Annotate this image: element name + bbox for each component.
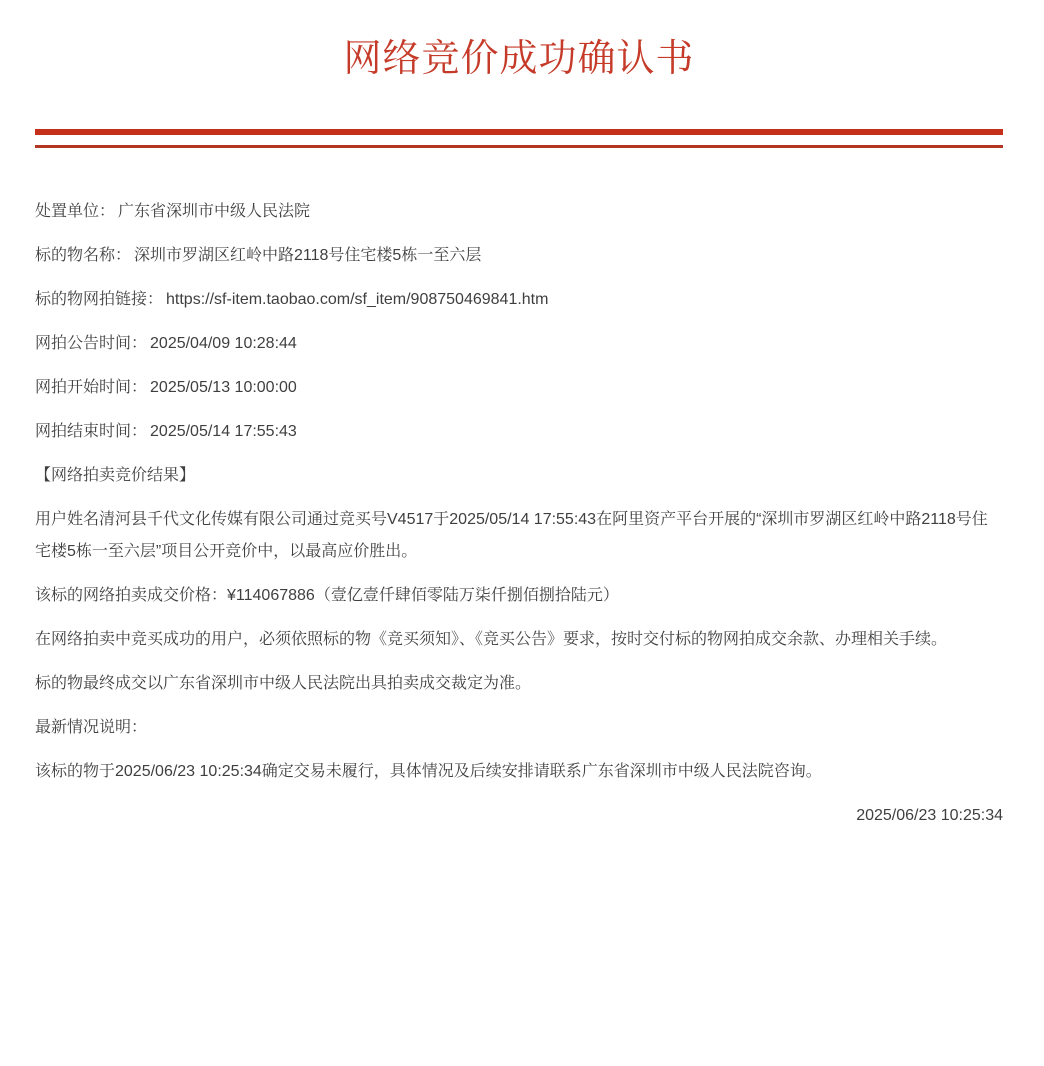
field-label: 网拍结束时间： <box>35 423 147 440</box>
field-auction-link: 标的物网拍链接：https://sf-item.taobao.com/sf_it… <box>35 284 1003 316</box>
document-body: 处置单位：广东省深圳市中级人民法院 标的物名称：深圳市罗湖区红岭中路2118号住… <box>35 196 1003 832</box>
field-value: 2025/05/14 17:55:43 <box>150 423 297 440</box>
notice-paragraph-1: 在网络拍卖中竞买成功的用户，必须依照标的物《竞买须知》、《竞买公告》要求，按时交… <box>35 624 1003 656</box>
field-label: 网拍公告时间： <box>35 335 147 352</box>
document-timestamp: 2025/06/23 10:25:34 <box>35 800 1003 832</box>
deal-price-line: 该标的网络拍卖成交价格：¥114067886（壹亿壹仟肆佰零陆万柒仟捌佰捌拾陆元… <box>35 580 1003 612</box>
notice-paragraph-2: 标的物最终成交以广东省深圳市中级人民法院出具拍卖成交裁定为准。 <box>35 668 1003 700</box>
field-value: 2025/04/09 10:28:44 <box>150 335 297 352</box>
price-value: ¥114067886（壹亿壹仟肆佰零陆万柒仟捌佰捌拾陆元） <box>227 587 619 604</box>
field-value: 深圳市罗湖区红岭中路2118号住宅楼5栋一至六层 <box>134 247 481 264</box>
field-end-time: 网拍结束时间：2025/05/14 17:55:43 <box>35 416 1003 448</box>
result-section-heading: 【网络拍卖竞价结果】 <box>35 460 1003 492</box>
header-rule-thick <box>35 129 1003 135</box>
header-rule-thin <box>35 145 1003 148</box>
confirmation-document: 网络竞价成功确认书 处置单位：广东省深圳市中级人民法院 标的物名称：深圳市罗湖区… <box>0 0 1044 1066</box>
update-paragraph: 该标的物于2025/06/23 10:25:34确定交易未履行，具体情况及后续安… <box>35 756 1003 788</box>
winner-paragraph: 用户姓名清河县千代文化传媒有限公司通过竞买号V4517于2025/05/14 1… <box>35 504 1003 568</box>
field-value: 广东省深圳市中级人民法院 <box>118 203 310 220</box>
update-section-heading: 最新情况说明： <box>35 712 1003 744</box>
field-label: 处置单位： <box>35 203 115 220</box>
field-disposal-unit: 处置单位：广东省深圳市中级人民法院 <box>35 196 1003 228</box>
price-label: 该标的网络拍卖成交价格： <box>35 587 227 604</box>
field-value: 2025/05/13 10:00:00 <box>150 379 297 396</box>
page-title: 网络竞价成功确认书 <box>35 38 1003 80</box>
field-label: 网拍开始时间： <box>35 379 147 396</box>
auction-url-text: https://sf-item.taobao.com/sf_item/90875… <box>166 291 548 308</box>
field-subject-name: 标的物名称：深圳市罗湖区红岭中路2118号住宅楼5栋一至六层 <box>35 240 1003 272</box>
field-announce-time: 网拍公告时间：2025/04/09 10:28:44 <box>35 328 1003 360</box>
field-label: 标的物网拍链接： <box>35 291 163 308</box>
field-label: 标的物名称： <box>35 247 131 264</box>
field-start-time: 网拍开始时间：2025/05/13 10:00:00 <box>35 372 1003 404</box>
